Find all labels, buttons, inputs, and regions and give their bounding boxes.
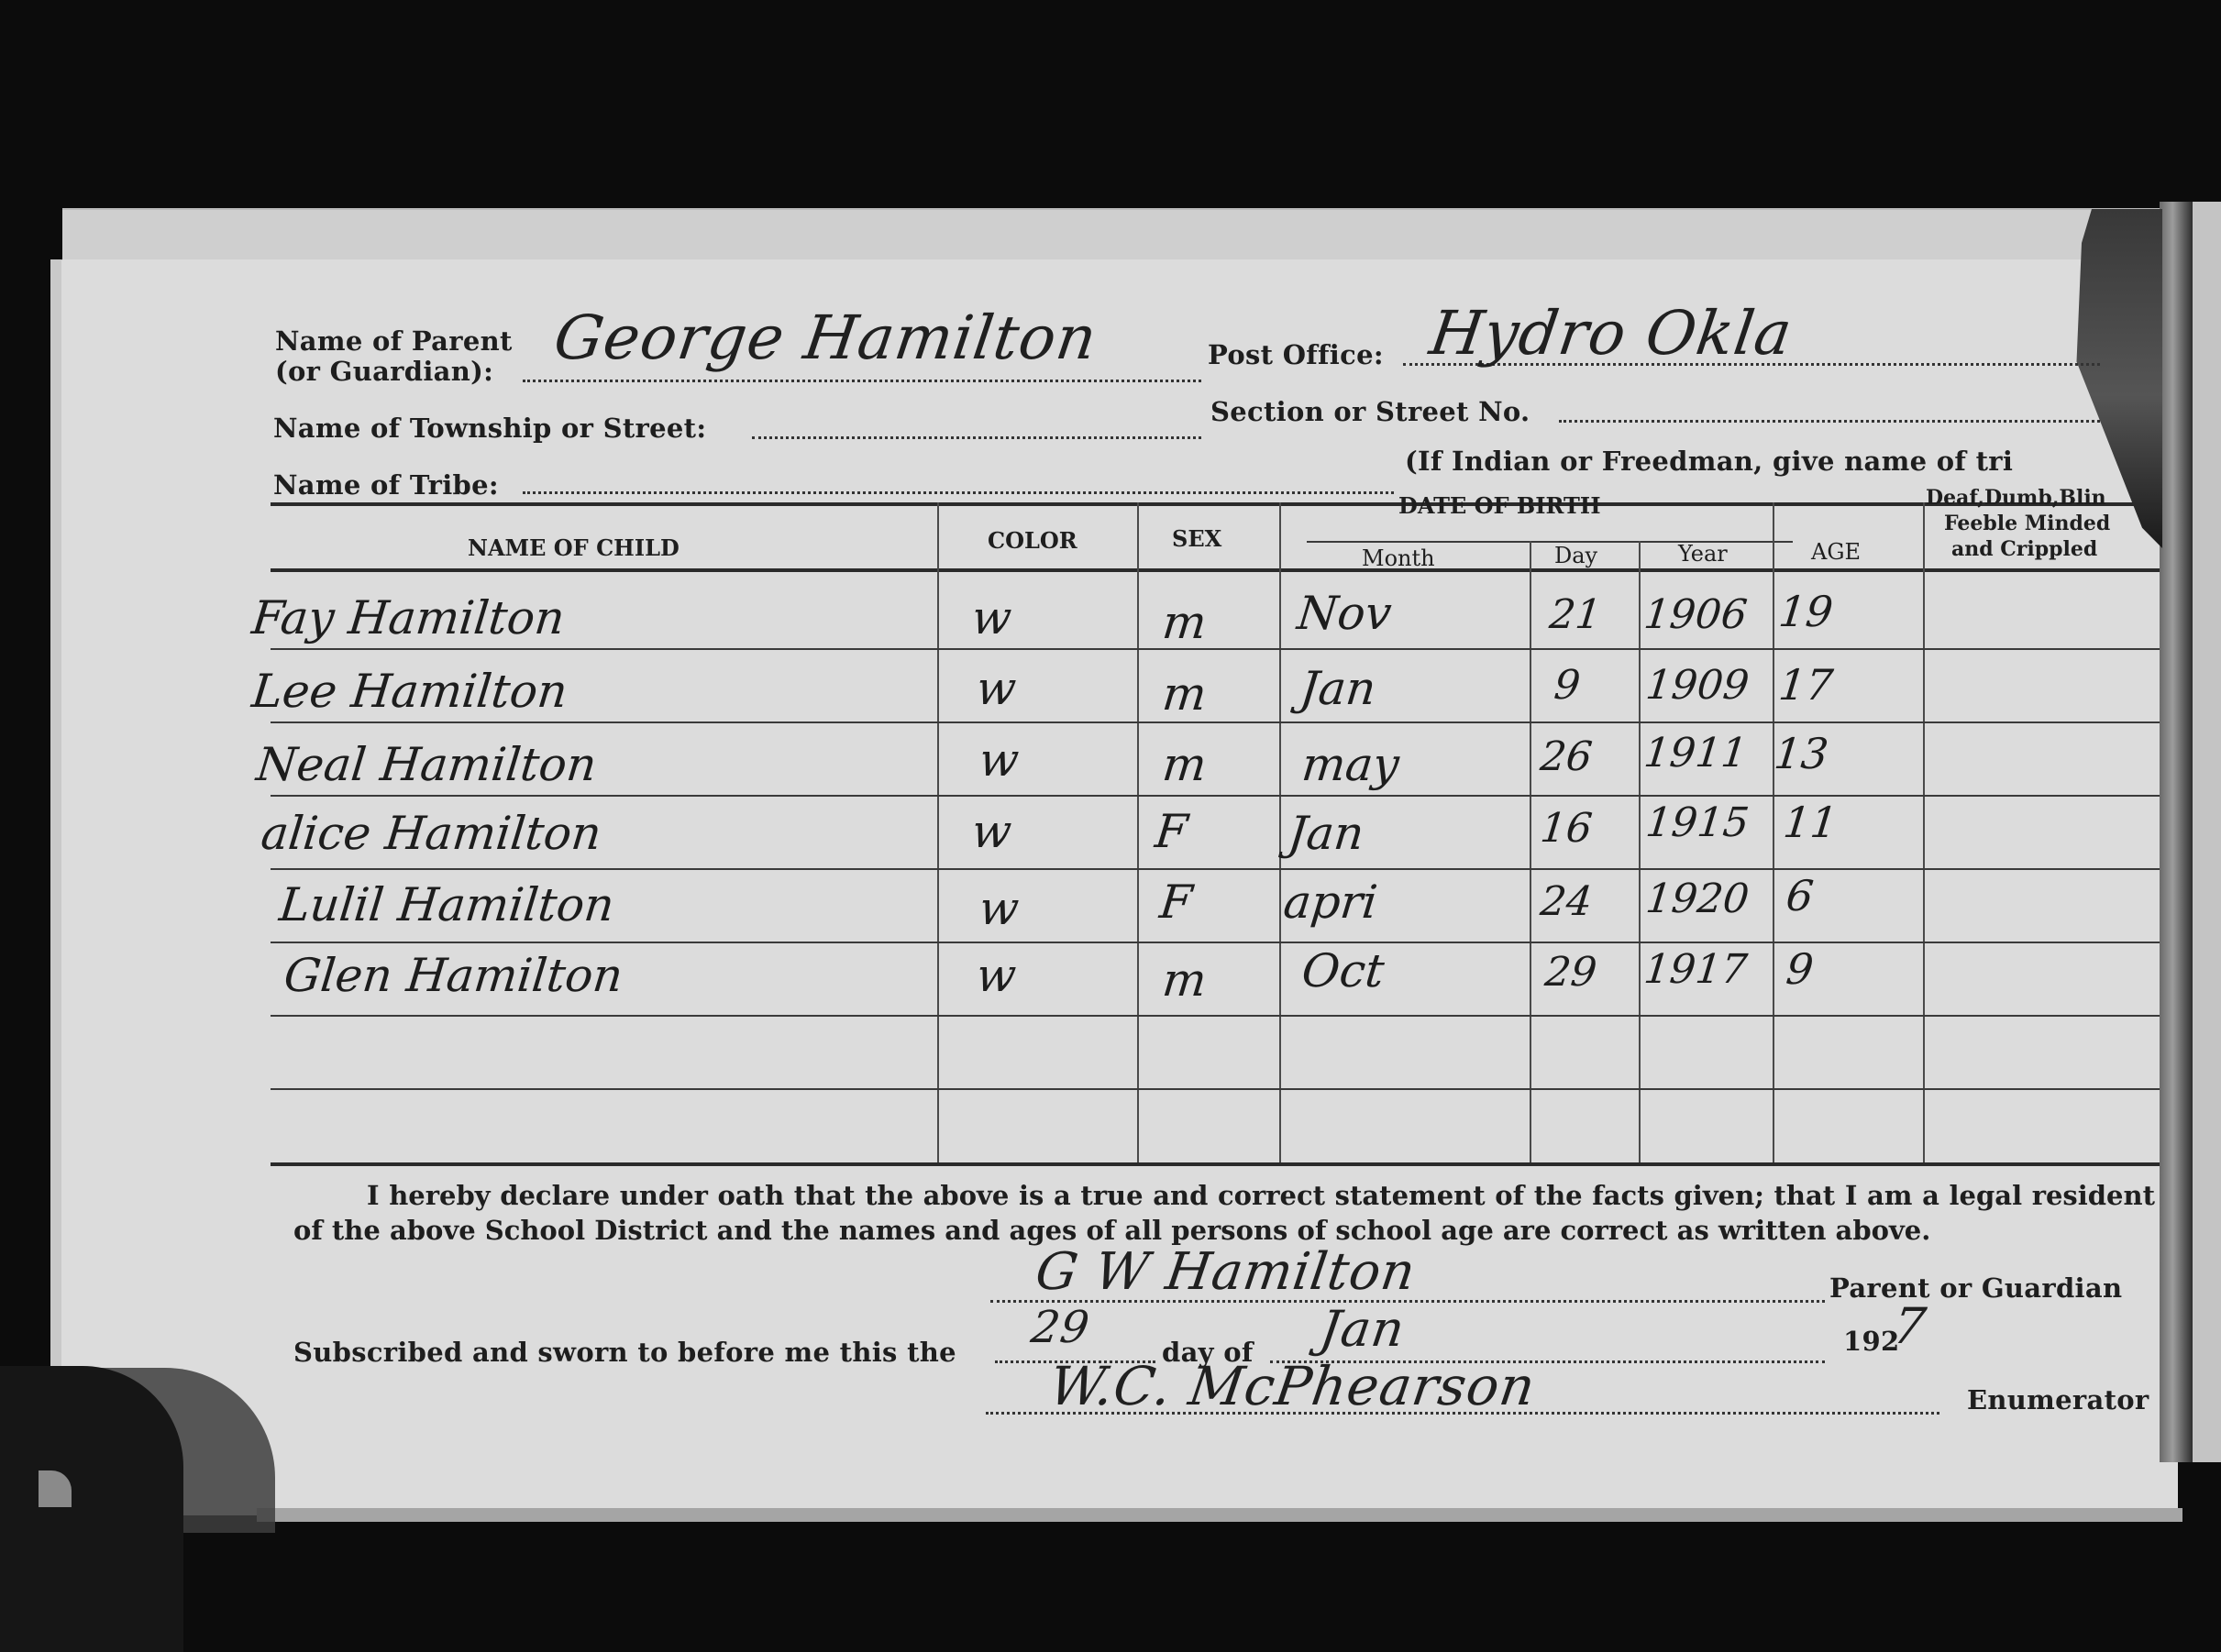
child-color: w bbox=[974, 662, 1019, 715]
birth-month: Jan bbox=[1298, 662, 1378, 715]
parent-name-value: George Hamilton bbox=[550, 303, 1102, 373]
sworn-month: Jan bbox=[1317, 1300, 1409, 1358]
child-age: 17 bbox=[1776, 660, 1835, 710]
birth-month: Nov bbox=[1295, 587, 1394, 640]
section-label: Section or Street No. bbox=[1210, 396, 1530, 427]
birth-year: 1917 bbox=[1641, 946, 1749, 993]
header-sex: SEX bbox=[1172, 525, 1221, 552]
parent-label: Name of Parent bbox=[275, 325, 513, 357]
birth-day: 9 bbox=[1552, 662, 1582, 709]
binder-clip bbox=[0, 1366, 183, 1652]
tribe-line bbox=[523, 491, 1394, 494]
col-divider-age bbox=[1773, 502, 1774, 1162]
post-office-value: Hydro Okla bbox=[1426, 298, 1797, 369]
enumerator-signature: W.C. McPhearson bbox=[1045, 1355, 1540, 1417]
birth-year: 1909 bbox=[1643, 662, 1751, 709]
child-color: w bbox=[974, 949, 1019, 1002]
child-age: 11 bbox=[1781, 798, 1840, 847]
birth-year: 1920 bbox=[1643, 876, 1751, 922]
child-color: w bbox=[977, 882, 1022, 935]
birth-month: apri bbox=[1281, 876, 1380, 929]
child-sex: F bbox=[1153, 805, 1190, 858]
col-divider-month bbox=[1279, 502, 1281, 1162]
col-divider-color bbox=[937, 502, 939, 1162]
card-bottom-edge bbox=[257, 1508, 2182, 1522]
child-name: Glen Hamilton bbox=[282, 949, 625, 1002]
row-line bbox=[271, 868, 2160, 870]
row-line bbox=[271, 795, 2160, 797]
child-name: Neal Hamilton bbox=[254, 738, 599, 791]
header-disability-3: and Crippled bbox=[1951, 537, 2097, 561]
row-line bbox=[271, 1015, 2160, 1017]
birth-year: 1906 bbox=[1641, 591, 1749, 638]
child-sex: m bbox=[1160, 667, 1210, 721]
birth-day: 16 bbox=[1538, 805, 1594, 852]
child-age: 19 bbox=[1776, 587, 1835, 636]
row-line bbox=[271, 721, 2160, 723]
row-line bbox=[271, 942, 2160, 943]
sworn-day: 29 bbox=[1028, 1302, 1093, 1353]
child-age: 13 bbox=[1772, 729, 1830, 778]
enumerator-label: Enumerator bbox=[1967, 1384, 2149, 1415]
section-line bbox=[1559, 420, 2100, 423]
birth-year: 1911 bbox=[1641, 730, 1749, 776]
tribe-note: (If Indian or Freedman, give name of tri bbox=[1405, 446, 2013, 477]
child-age: 6 bbox=[1784, 871, 1816, 920]
next-page-edge bbox=[2193, 202, 2221, 1462]
post-office-label: Post Office: bbox=[1208, 339, 1384, 370]
header-disability-2: Feeble Minded bbox=[1944, 512, 2110, 535]
col-divider-year bbox=[1639, 541, 1641, 1162]
table-header-border bbox=[271, 568, 2160, 572]
page-fold bbox=[2160, 202, 2193, 1462]
child-sex: F bbox=[1157, 876, 1195, 929]
declaration-text: I hereby declare under oath that the abo… bbox=[293, 1178, 2155, 1248]
table-top-border bbox=[271, 502, 2160, 506]
child-color: w bbox=[977, 733, 1022, 787]
birth-day: 26 bbox=[1538, 733, 1594, 780]
col-divider-day bbox=[1530, 541, 1531, 1162]
header-year: Year bbox=[1678, 541, 1728, 567]
header-name-of-child: NAME OF CHILD bbox=[468, 534, 680, 561]
township-line bbox=[752, 436, 1201, 439]
row-line bbox=[271, 1088, 2160, 1090]
col-divider-disability bbox=[1923, 502, 1925, 1162]
child-sex: m bbox=[1160, 596, 1210, 649]
child-name: Fay Hamilton bbox=[249, 591, 568, 644]
table-bottom-border bbox=[271, 1162, 2160, 1166]
township-label: Name of Township or Street: bbox=[273, 413, 706, 444]
sworn-prefix: Subscribed and sworn to before me this t… bbox=[293, 1337, 956, 1368]
col-divider-sex bbox=[1137, 502, 1139, 1162]
header-date-of-birth: DATE OF BIRTH bbox=[1398, 492, 1601, 519]
child-sex: m bbox=[1160, 738, 1210, 791]
header-month: Month bbox=[1362, 545, 1435, 571]
parent-guardian-label: Parent or Guardian bbox=[1829, 1272, 2122, 1304]
header-day: Day bbox=[1554, 543, 1597, 568]
parent-line bbox=[523, 380, 1201, 382]
row-line bbox=[271, 648, 2160, 650]
birth-day: 24 bbox=[1538, 878, 1594, 925]
child-name: Lee Hamilton bbox=[249, 665, 570, 718]
header-color: COLOR bbox=[988, 527, 1077, 554]
birth-year: 1915 bbox=[1643, 799, 1751, 846]
guardian-label: (or Guardian): bbox=[275, 356, 493, 387]
child-color: w bbox=[969, 805, 1014, 858]
guardian-signature: G W Hamilton bbox=[1032, 1242, 1419, 1302]
birth-month: Jan bbox=[1286, 807, 1366, 860]
header-age: AGE bbox=[1811, 539, 1861, 565]
child-age: 9 bbox=[1784, 944, 1816, 994]
child-sex: m bbox=[1160, 953, 1210, 1007]
child-name: Lulil Hamilton bbox=[277, 878, 617, 931]
child-color: w bbox=[969, 591, 1014, 644]
birth-day: 29 bbox=[1542, 949, 1598, 996]
birth-day: 21 bbox=[1547, 591, 1603, 638]
birth-month: Oct bbox=[1299, 944, 1387, 997]
tribe-label: Name of Tribe: bbox=[273, 469, 499, 501]
birth-month: may bbox=[1299, 738, 1402, 791]
child-name: alice Hamilton bbox=[259, 807, 604, 860]
header-disability-1: Deaf,Dumb,Blin bbox=[1926, 486, 2106, 510]
